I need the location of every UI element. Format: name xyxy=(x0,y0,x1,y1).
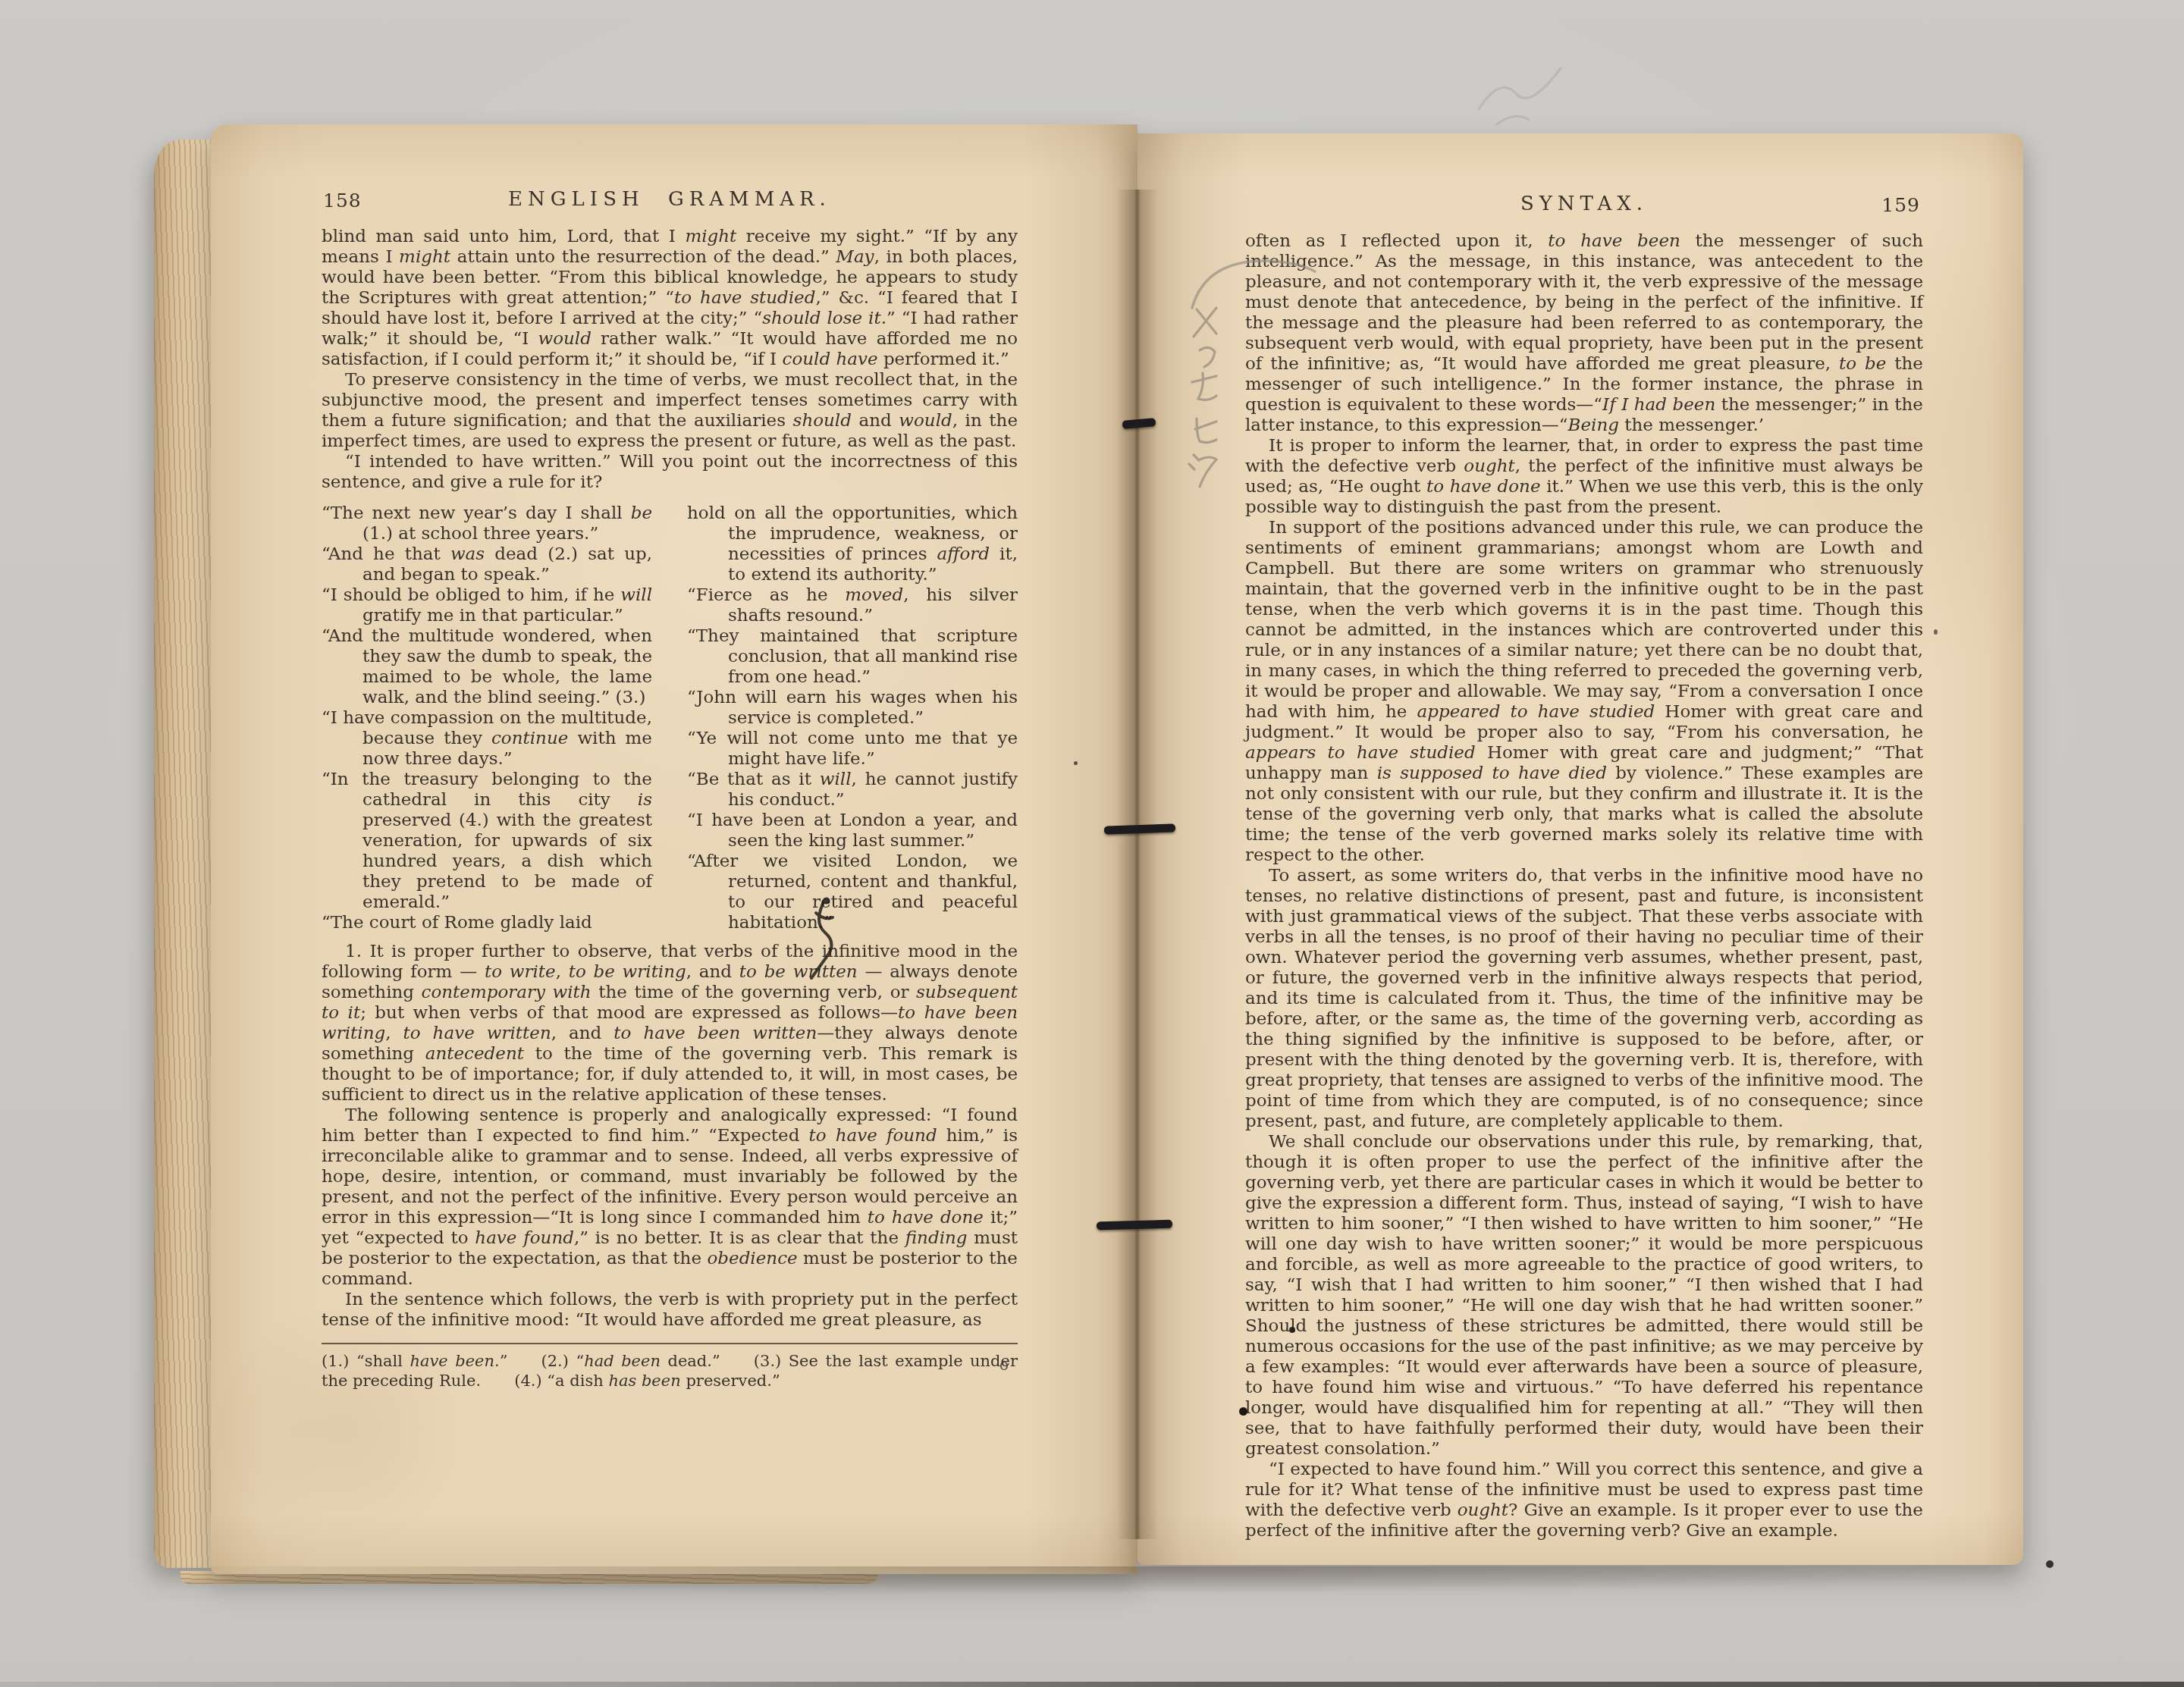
exercise-column-left: “The next new year’s day I shall be (1.)… xyxy=(322,503,652,933)
exercise-columns: “The next new year’s day I shall be (1.)… xyxy=(322,503,1018,933)
left-rule-paragraphs: 1. It is proper further to observe, that… xyxy=(322,942,1018,1331)
left-page-header: 158 ENGLISH GRAMMAR. xyxy=(322,190,1018,215)
exercise-item: “And he that was dead (2.) sat up, and b… xyxy=(322,544,652,585)
ink-blot-dot xyxy=(1289,1327,1295,1333)
exercise-item: “Ye will not come unto me that ye might … xyxy=(687,729,1018,770)
right-paragraphs: It is proper to inform the learner, that… xyxy=(1245,436,1923,1541)
exercise-item: “In the treasury belonging to the cathed… xyxy=(322,770,652,913)
exercise-item: hold on all the opportunities, which the… xyxy=(687,503,1018,585)
faint-pencil-scribble-top xyxy=(1471,50,1577,133)
left-page-number: 158 xyxy=(323,190,362,211)
book-shadow xyxy=(174,1566,2017,1592)
footnote-item: (1.) “shall have been.” xyxy=(322,1352,507,1370)
paragraph: often as I reflected upon it, to have be… xyxy=(1245,231,1923,436)
footnote-block: (1.) “shall have been.”(2.) “had been de… xyxy=(322,1343,1018,1391)
right-page-text: SYNTAX. 159 often as I reflected upon it… xyxy=(1245,194,1923,1541)
paragraph: To preserve consistency in the time of v… xyxy=(322,370,1018,452)
ink-scribble-mark xyxy=(793,893,854,984)
left-running-title: ENGLISH GRAMMAR. xyxy=(508,188,831,211)
exercise-item: “The next new year’s day I shall be (1.)… xyxy=(322,503,652,544)
exercise-item: “They maintained that scripture conclusi… xyxy=(687,626,1018,688)
paragraph: “I intended to have written.” Will you p… xyxy=(322,452,1018,493)
ink-blot-dot xyxy=(1239,1407,1247,1416)
footnote-item: (2.) “had been dead.” xyxy=(541,1352,720,1370)
right-running-title: SYNTAX. xyxy=(1520,193,1648,215)
exercise-item: “I have compassion on the multitude, bec… xyxy=(322,708,652,770)
paragraph: blind man said unto him, Lord, that I mi… xyxy=(322,227,1018,370)
stray-type-mark: o xyxy=(999,1356,1009,1374)
paragraph: To assert, as some writers do, that verb… xyxy=(1245,866,1923,1132)
left-page-text: 158 ENGLISH GRAMMAR. blind man said unto… xyxy=(322,190,1018,1391)
ink-blot-dot xyxy=(2046,1560,2054,1568)
exercise-item: “And the multitude wondered, when they s… xyxy=(322,626,652,708)
ink-speck xyxy=(1934,629,1938,635)
exercise-item: “The court of Rome gladly laid xyxy=(322,913,652,933)
paragraph: In support of the positions advanced und… xyxy=(1245,518,1923,866)
paragraph: 1. It is proper further to observe, that… xyxy=(322,942,1018,1105)
footnote-item: (4.) “a dish has been preserved.” xyxy=(514,1372,780,1390)
exercise-item: “Fierce as he moved, his silver shafts r… xyxy=(687,585,1018,626)
paragraph: We shall conclude our observations under… xyxy=(1245,1132,1923,1460)
pencil-margin-scribble xyxy=(1174,303,1250,493)
exercise-column-right: hold on all the opportunities, which the… xyxy=(687,503,1018,933)
exercise-item: “I should be obliged to him, if he will … xyxy=(322,585,652,626)
right-page-header: SYNTAX. 159 xyxy=(1245,194,1923,220)
paragraph: “I expected to have found him.” Will you… xyxy=(1245,1460,1923,1541)
page-edges-left-stack xyxy=(154,140,219,1568)
paragraph: In the sentence which follows, the verb … xyxy=(322,1290,1018,1331)
book-photo: 158 ENGLISH GRAMMAR. blind man said unto… xyxy=(0,0,2184,1687)
left-intro-paragraphs: To preserve consistency in the time of v… xyxy=(322,370,1018,493)
paragraph: It is proper to inform the learner, that… xyxy=(1245,436,1923,518)
right-page-number: 159 xyxy=(1881,195,1920,215)
exercise-item: “John will earn his wages when his servi… xyxy=(687,688,1018,729)
binding-gutter xyxy=(1116,190,1159,1539)
photo-bottom-edge xyxy=(0,1682,2184,1687)
exercise-item: “I have been at London a year, and seen … xyxy=(687,811,1018,851)
paragraph: The following sentence is properly and a… xyxy=(322,1105,1018,1290)
exercise-item: “Be that as it will, he cannot justify h… xyxy=(687,770,1018,811)
ink-speck xyxy=(1074,761,1078,765)
